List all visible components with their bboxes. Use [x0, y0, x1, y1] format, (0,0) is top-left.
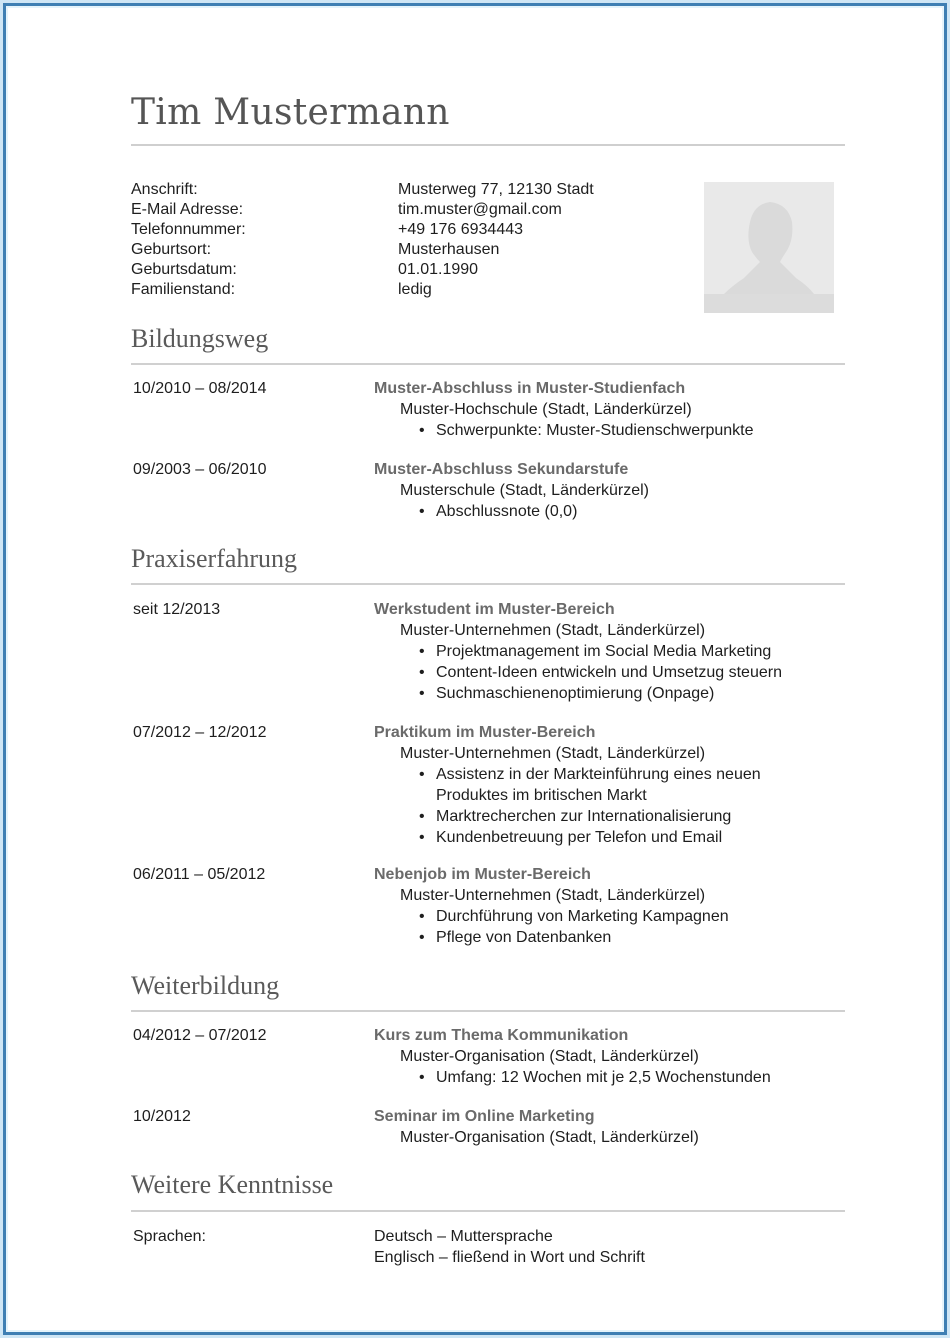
personal-label: Geburtsort:	[131, 240, 398, 260]
entry-date: 09/2003 – 06/2010	[133, 459, 266, 480]
personal-value: tim.muster@gmail.com	[398, 200, 562, 220]
entry-institution: Muster-Unternehmen (Stadt, Länderkürzel)	[400, 743, 705, 764]
language-item: Englisch – fließend in Wort und Schrift	[374, 1247, 645, 1268]
entry-title: Kurs zum Thema Kommunikation	[374, 1025, 628, 1046]
section-divider	[131, 1010, 845, 1012]
bullet-text: Projektmanagement im Social Media Market…	[436, 643, 771, 660]
bullet-item: •Content-Ideen entwickeln und Umsetzug s…	[419, 662, 782, 683]
entry-date: 10/2010 – 08/2014	[133, 378, 266, 399]
personal-value: Musterweg 77, 12130 Stadt	[398, 180, 594, 200]
entry-title: Seminar im Online Marketing	[374, 1106, 595, 1127]
bullet-text: Abschlussnote (0,0)	[436, 503, 577, 520]
bullet-text: Schwerpunkte: Muster-Studienschwerpunkte	[436, 422, 754, 439]
personal-label: E-Mail Adresse:	[131, 200, 398, 220]
bullet-item: •Projektmanagement im Social Media Marke…	[419, 641, 782, 662]
entry-institution: Muster-Organisation (Stadt, Länderkürzel…	[400, 1046, 699, 1067]
bullet-item: •Pflege von Datenbanken	[419, 927, 729, 948]
personal-value: +49 176 6934443	[398, 220, 523, 240]
section-divider	[131, 1210, 845, 1212]
entry-date: seit 12/2013	[133, 599, 220, 620]
bullet-icon: •	[419, 764, 425, 785]
entry-date: 07/2012 – 12/2012	[133, 722, 266, 743]
personal-value: Musterhausen	[398, 240, 499, 260]
personal-value: 01.01.1990	[398, 260, 478, 280]
entry-institution: Muster-Hochschule (Stadt, Länderkürzel)	[400, 399, 692, 420]
cv-name: Tim Mustermann	[131, 92, 450, 133]
skills-label: Sprachen:	[133, 1226, 206, 1247]
entry-bullets: •Assistenz in der Markteinführung eines …	[419, 764, 761, 848]
bullet-item: •Marktrecherchen zur Internationalisieru…	[419, 806, 761, 827]
bullet-text: Umfang: 12 Wochen mit je 2,5 Wochenstund…	[436, 1069, 771, 1086]
bullet-icon: •	[419, 806, 425, 827]
bullet-text: Assistenz in der Markteinführung eines n…	[436, 766, 761, 783]
entry-institution: Musterschule (Stadt, Länderkürzel)	[400, 480, 649, 501]
entry-date: 10/2012	[133, 1106, 191, 1127]
entry-title: Praktikum im Muster-Bereich	[374, 722, 595, 743]
bullet-item: •Kundenbetreuung per Telefon und Email	[419, 827, 761, 848]
entry-institution: Muster-Unternehmen (Stadt, Länderkürzel)	[400, 620, 705, 641]
profile-photo	[704, 182, 834, 313]
bullet-text-continuation: Produktes im britischen Markt	[436, 787, 647, 804]
document-frame: Tim Mustermann Anschrift:Musterweg 77, 1…	[3, 3, 947, 1335]
bullet-item: •Durchführung von Marketing Kampagnen	[419, 906, 729, 927]
section-divider	[131, 583, 845, 585]
bullet-text: Durchführung von Marketing Kampagnen	[436, 908, 729, 925]
section-title-praxiserfahrung: Praxiserfahrung	[131, 544, 297, 574]
section-divider	[131, 363, 845, 365]
entry-title: Muster-Abschluss Sekundarstufe	[374, 459, 628, 480]
entry-bullets: •Abschlussnote (0,0)	[419, 501, 577, 522]
entry-institution: Muster-Organisation (Stadt, Länderkürzel…	[400, 1127, 699, 1148]
bullet-item: •Schwerpunkte: Muster-Studienschwerpunkt…	[419, 420, 754, 441]
personal-label: Anschrift:	[131, 180, 398, 200]
personal-label: Geburtsdatum:	[131, 260, 398, 280]
name-divider	[131, 144, 845, 146]
entry-bullets: •Schwerpunkte: Muster-Studienschwerpunkt…	[419, 420, 754, 441]
personal-label: Telefonnummer:	[131, 220, 398, 240]
section-title-weiterbildung: Weiterbildung	[131, 971, 279, 1001]
entry-bullets: •Umfang: 12 Wochen mit je 2,5 Wochenstun…	[419, 1067, 771, 1088]
bullet-text: Content-Ideen entwickeln und Umsetzug st…	[436, 664, 782, 681]
bullet-item: •Umfang: 12 Wochen mit je 2,5 Wochenstun…	[419, 1067, 771, 1088]
bullet-icon: •	[419, 420, 425, 441]
bullet-icon: •	[419, 927, 425, 948]
section-title-weitere-kenntnisse: Weitere Kenntnisse	[131, 1170, 333, 1200]
bullet-item: •Abschlussnote (0,0)	[419, 501, 577, 522]
bullet-item: •Assistenz in der Markteinführung eines …	[419, 764, 761, 806]
entry-title: Muster-Abschluss in Muster-Studienfach	[374, 378, 685, 399]
entry-date: 04/2012 – 07/2012	[133, 1025, 266, 1046]
bullet-item: •Suchmaschienenoptimierung (Onpage)	[419, 683, 782, 704]
bullet-icon: •	[419, 641, 425, 662]
bullet-icon: •	[419, 906, 425, 927]
bullet-icon: •	[419, 827, 425, 848]
bullet-icon: •	[419, 1067, 425, 1088]
bullet-text: Pflege von Datenbanken	[436, 929, 611, 946]
entry-date: 06/2011 – 05/2012	[133, 864, 265, 885]
entry-title: Nebenjob im Muster-Bereich	[374, 864, 591, 885]
language-list: Deutsch – Muttersprache Englisch – fließ…	[374, 1226, 645, 1268]
bullet-text: Marktrecherchen zur Internationalisierun…	[436, 808, 731, 825]
person-silhouette-icon	[704, 182, 834, 313]
personal-label: Familienstand:	[131, 280, 398, 300]
entry-bullets: •Durchführung von Marketing Kampagnen •P…	[419, 906, 729, 948]
section-title-bildungsweg: Bildungsweg	[131, 324, 268, 354]
bullet-icon: •	[419, 662, 425, 683]
language-item: Deutsch – Muttersprache	[374, 1226, 645, 1247]
bullet-text: Suchmaschienenoptimierung (Onpage)	[436, 685, 714, 702]
entry-bullets: •Projektmanagement im Social Media Marke…	[419, 641, 782, 704]
entry-title: Werkstudent im Muster-Bereich	[374, 599, 615, 620]
personal-value: ledig	[398, 280, 432, 300]
bullet-icon: •	[419, 501, 425, 522]
bullet-icon: •	[419, 683, 425, 704]
bullet-text: Kundenbetreuung per Telefon und Email	[436, 829, 722, 846]
entry-institution: Muster-Unternehmen (Stadt, Länderkürzel)	[400, 885, 705, 906]
